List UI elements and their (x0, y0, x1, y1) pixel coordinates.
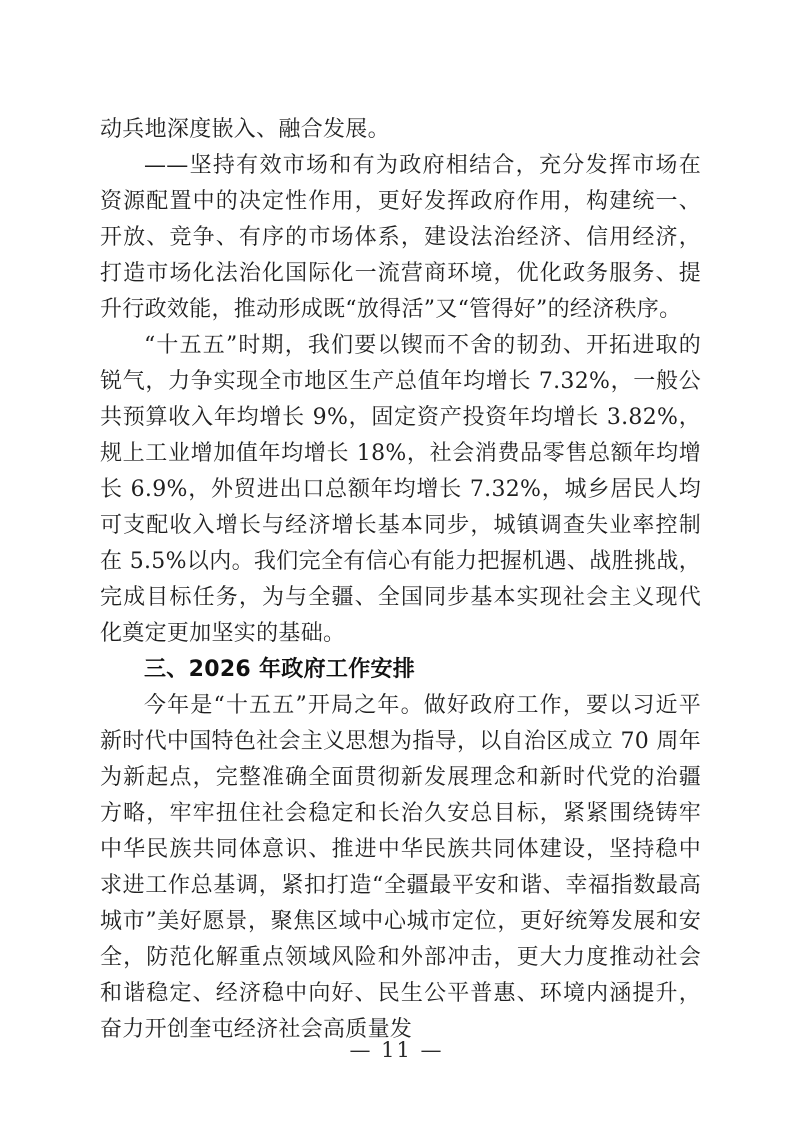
paragraph-market-government-principle: ——坚持有效市场和有为政府相结合，充分发挥市场在资源配置中的决定性作用，更好发挥… (100, 148, 701, 328)
page-number: — 11 — (0, 1036, 793, 1064)
paragraph-2026-guiding-principles: 今年是“十五五”开局之年。做好政府工作，要以习近平新时代中国特色社会主义思想为指… (100, 688, 701, 1048)
section-heading-2026-government-work-plan: 三、2026 年政府工作安排 (100, 652, 701, 688)
document-page: 动兵地深度嵌入、融合发展。 ——坚持有效市场和有为政府相结合，充分发挥市场在资源… (0, 0, 793, 1122)
paragraph-continuation: 动兵地深度嵌入、融合发展。 (100, 112, 701, 148)
document-body: 动兵地深度嵌入、融合发展。 ——坚持有效市场和有为政府相结合，充分发挥市场在资源… (100, 112, 701, 1048)
paragraph-five-year-growth-targets: “十五五”时期，我们要以锲而不舍的韧劲、开拓进取的锐气，力争实现全市地区生产总值… (100, 328, 701, 652)
